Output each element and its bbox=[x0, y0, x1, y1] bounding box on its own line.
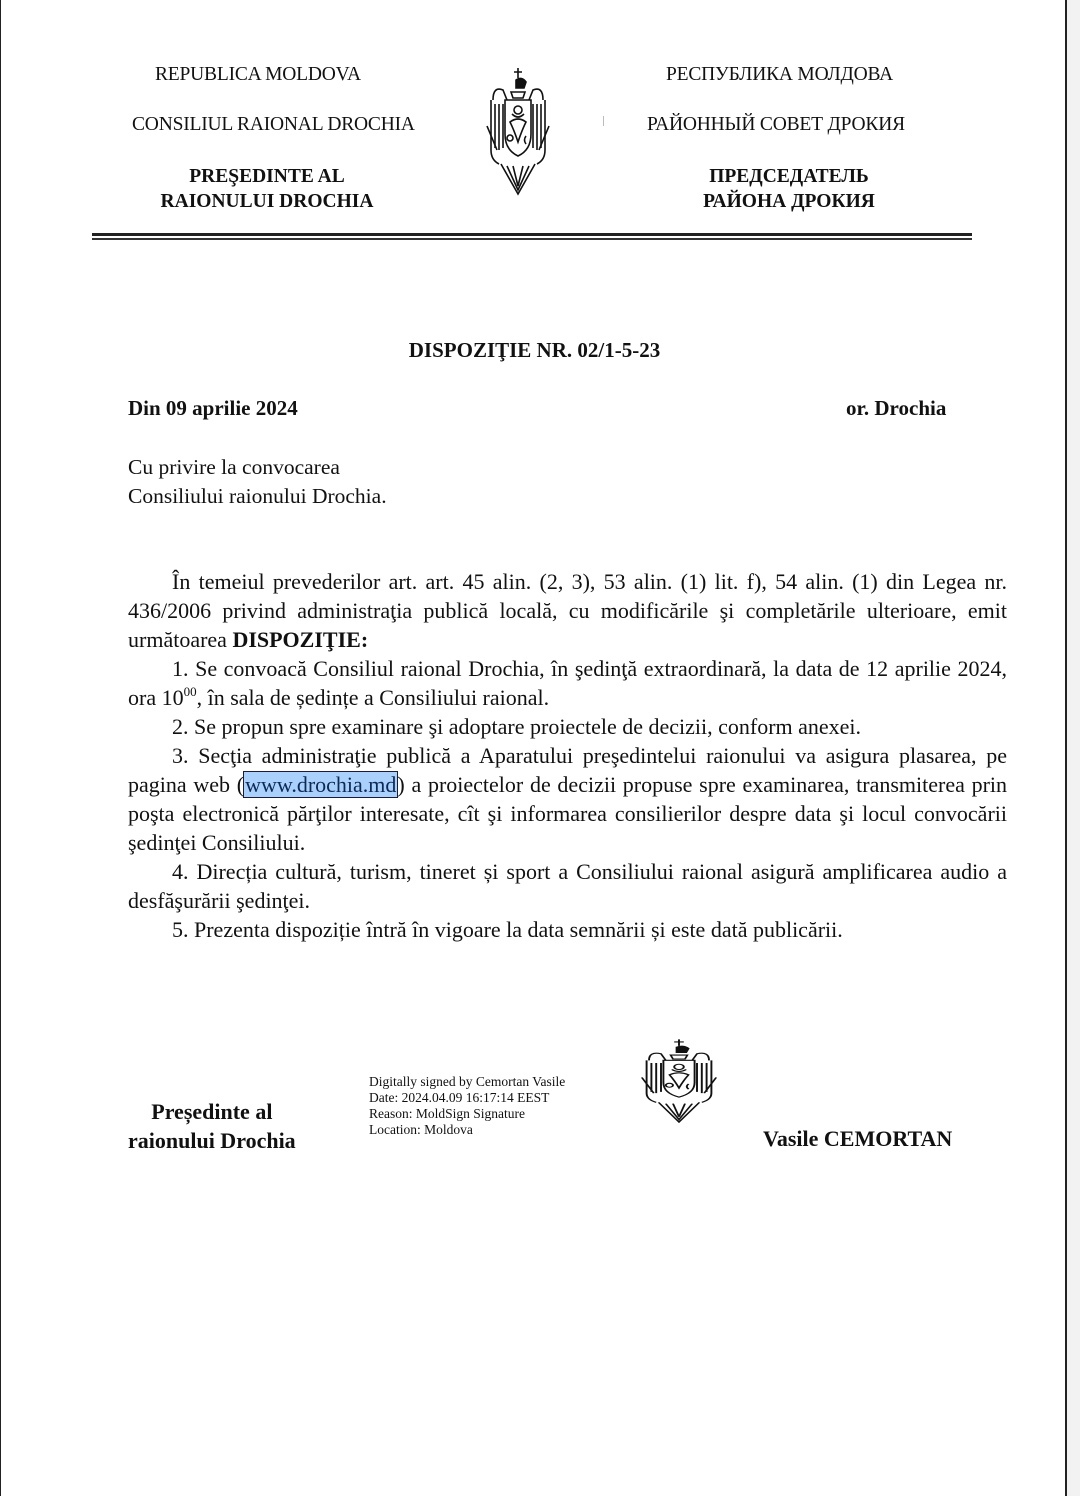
document-page: REPUBLICA MOLDOVA CONSILIUL RAIONAL DROC… bbox=[0, 0, 1067, 1496]
header-office-ro: PREŞEDINTE AL RAIONULUI DROCHIA bbox=[131, 164, 403, 214]
signatory-role-line1: Președinte al bbox=[128, 1097, 296, 1126]
document-location: or. Drochia bbox=[846, 396, 946, 421]
header-office-ru-line2: РАЙОНА ДРОКИЯ bbox=[677, 189, 901, 214]
subject-line-1: Cu privire la convocarea bbox=[128, 455, 340, 480]
header-office-ru-line1: ПРЕДСЕДАТЕЛЬ bbox=[677, 164, 901, 189]
header-country-ru: РЕСПУБЛИКА МОЛДОВА bbox=[666, 64, 893, 86]
signatory-name: Vasile CEMORTAN bbox=[763, 1126, 952, 1152]
header-office-ro-line2: RAIONULUI DROCHIA bbox=[131, 189, 403, 214]
header-council-ro: CONSILIUL RAIONAL DROCHIA bbox=[132, 114, 415, 136]
signatory-role-line2: raionului Drochia bbox=[128, 1126, 296, 1155]
header-office-ru: ПРЕДСЕДАТЕЛЬ РАЙОНА ДРОКИЯ bbox=[677, 164, 901, 214]
subject-line-2: Consiliului raionului Drochia. bbox=[128, 484, 387, 509]
item-2: 2. Se propun spre examinare şi adoptare … bbox=[128, 712, 1007, 741]
header-divider-thick bbox=[92, 233, 972, 236]
header-council-ru: РАЙОННЫЙ СОВЕТ ДРОКИЯ bbox=[647, 114, 905, 136]
scan-artifact bbox=[603, 116, 604, 126]
header-country-ro: REPUBLICA MOLDOVA bbox=[155, 64, 361, 86]
document-body: În temeiul prevederilor art. art. 45 ali… bbox=[128, 567, 1007, 944]
header-divider-thin bbox=[92, 238, 972, 240]
item-1: 1. Se convoacă Consiliul raional Drochia… bbox=[128, 654, 1007, 712]
digital-signature-location: Location: Moldova bbox=[369, 1122, 565, 1138]
item-5: 5. Prezenta dispoziție întră în vigoare … bbox=[128, 915, 1007, 944]
header-office-ro-line1: PREŞEDINTE AL bbox=[131, 164, 403, 189]
item-1-text-end: , în sala de ședințe a Consiliului raion… bbox=[197, 685, 550, 710]
digital-signature-info[interactable]: Digitally signed by Cemortan Vasile Date… bbox=[369, 1074, 565, 1138]
preamble: În temeiul prevederilor art. art. 45 ali… bbox=[128, 567, 1007, 654]
document-title: DISPOZIŢIE NR. 02/1-5-23 bbox=[1, 338, 1068, 363]
digital-signed-by: Digitally signed by Cemortan Vasile bbox=[369, 1074, 565, 1090]
coat-of-arms-icon bbox=[483, 66, 553, 200]
item-3: 3. Secţia administraţie publică a Aparat… bbox=[128, 741, 1007, 857]
signature-stamp-icon bbox=[637, 1038, 721, 1126]
digital-signature-date: Date: 2024.04.09 16:17:14 EEST bbox=[369, 1090, 565, 1106]
signatory-role: Președinte al raionului Drochia bbox=[128, 1097, 296, 1155]
item-4: 4. Direcția cultură, turism, tineret și … bbox=[128, 857, 1007, 915]
preamble-keyword: DISPOZIŢIE: bbox=[232, 627, 368, 652]
document-date: Din 09 aprilie 2024 bbox=[128, 396, 298, 421]
website-link[interactable]: www.drochia.md bbox=[244, 772, 397, 797]
digital-signature-reason: Reason: MoldSign Signature bbox=[369, 1106, 565, 1122]
time-minutes-superscript: 00 bbox=[184, 684, 197, 699]
